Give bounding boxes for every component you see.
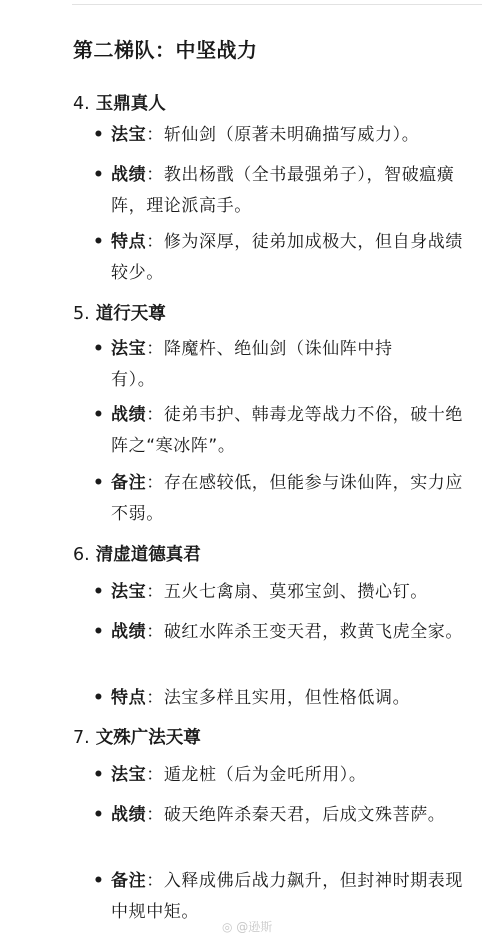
- bullet-icon: •: [93, 617, 104, 648]
- bullet-text: 存在感较低，但能参与诛仙阵，实力应不弱。: [111, 473, 463, 524]
- bullet-label: 战绩: [111, 622, 146, 642]
- bullet-icon: •: [93, 760, 104, 791]
- item-heading: 4.玉鼎真人: [73, 90, 166, 115]
- bullet-label: 战绩: [111, 165, 146, 185]
- bullet-label: 法宝: [111, 765, 146, 785]
- item-number: 7.: [73, 728, 90, 748]
- bullet-label: 战绩: [111, 405, 146, 425]
- bullet-separator: ：: [146, 805, 164, 825]
- item-heading: 5.道行天尊: [73, 300, 166, 325]
- bullet-label: 特点: [111, 688, 146, 708]
- item-number: 4.: [73, 94, 90, 114]
- item-name: 文殊广法天尊: [96, 728, 201, 748]
- bullet-label: 特点: [111, 232, 146, 252]
- bullet-icon: •: [93, 800, 104, 831]
- section-title: 第二梯队：中坚战力: [73, 34, 258, 63]
- bullet-text: 入释成佛后战力飙升，但封神时期表现中规中矩。: [111, 871, 463, 922]
- bullet-text: 破天绝阵杀秦天君，后成文殊菩萨。: [164, 805, 446, 825]
- bullet-label: 法宝: [111, 582, 146, 602]
- bullet-separator: ：: [146, 871, 164, 891]
- bullet-text: 破红水阵杀王变天君，救黄飞虎全家。: [164, 622, 463, 642]
- bullet-separator: ：: [146, 688, 164, 708]
- bullet-label: 备注: [111, 871, 146, 891]
- bullet-icon: •: [93, 683, 104, 714]
- list-item: • 备注：入释成佛后战力飙升，但封神时期表现中规中矩。: [97, 866, 467, 928]
- bullet-separator: ：: [146, 125, 164, 145]
- bullet-separator: ：: [146, 405, 164, 425]
- item-heading: 6.清虚道德真君: [73, 541, 201, 566]
- item-number: 6.: [73, 545, 90, 565]
- weibo-logo-icon: ◎: [222, 920, 236, 934]
- bullet-icon: •: [93, 160, 104, 191]
- list-item: • 战绩：破红水阵杀王变天君，救黄飞虎全家。: [97, 617, 467, 648]
- item-name: 清虚道德真君: [96, 545, 201, 565]
- watermark-text: @逊斯: [236, 920, 272, 934]
- item-name: 道行天尊: [96, 304, 166, 324]
- bullet-label: 法宝: [111, 339, 146, 359]
- bullet-separator: ：: [146, 165, 164, 185]
- item-number: 5.: [73, 304, 90, 324]
- list-item: • 特点：修为深厚，徒弟加成极大，但自身战绩较少。: [97, 227, 467, 289]
- watermark: ◎ @逊斯: [222, 918, 272, 935]
- bullet-separator: ：: [146, 622, 164, 642]
- item-name: 玉鼎真人: [96, 94, 166, 114]
- bullet-text: 斩仙剑（原著未明确描写威力）。: [164, 125, 420, 145]
- bullet-icon: •: [93, 334, 104, 365]
- bullet-text: 五火七禽扇、莫邪宝剑、攒心钉。: [164, 582, 428, 602]
- list-item: • 法宝：斩仙剑（原著未明确描写威力）。: [97, 120, 467, 151]
- bullet-text: 徒弟韦护、韩毒龙等战力不俗，破十绝阵之“寒冰阵”。: [111, 405, 463, 456]
- list-item: • 特点：法宝多样且实用，但性格低调。: [97, 683, 467, 714]
- item-heading: 7.文殊广法天尊: [73, 724, 201, 749]
- bullet-icon: •: [93, 577, 104, 608]
- bullet-text: 修为深厚，徒弟加成极大，但自身战绩较少。: [111, 232, 463, 283]
- bullet-label: 战绩: [111, 805, 146, 825]
- bullet-separator: ：: [146, 765, 164, 785]
- bullet-separator: ：: [146, 339, 164, 359]
- bullet-text: 法宝多样且实用，但性格低调。: [164, 688, 410, 708]
- bullet-icon: •: [93, 866, 104, 897]
- list-item: • 法宝：五火七禽扇、莫邪宝剑、攒心钉。: [97, 577, 467, 608]
- bullet-text: 遁龙桩（后为金吒所用）。: [164, 765, 367, 785]
- bullet-label: 备注: [111, 473, 146, 493]
- list-item: • 法宝：降魔杵、绝仙剑（诛仙阵中持有）。: [97, 334, 467, 396]
- bullet-label: 法宝: [111, 125, 146, 145]
- list-item: • 备注：存在感较低，但能参与诛仙阵，实力应不弱。: [97, 468, 467, 530]
- list-item: • 法宝：遁龙桩（后为金吒所用）。: [97, 760, 467, 791]
- bullet-icon: •: [93, 400, 104, 431]
- bullet-icon: •: [93, 120, 104, 151]
- bullet-icon: •: [93, 227, 104, 258]
- list-item: • 战绩：教出杨戬（全书最强弟子），智破瘟癀阵，理论派高手。: [97, 160, 467, 222]
- list-item: • 战绩：破天绝阵杀秦天君，后成文殊菩萨。: [97, 800, 467, 831]
- bullet-separator: ：: [146, 473, 164, 493]
- bullet-separator: ：: [146, 232, 164, 252]
- list-item: • 战绩：徒弟韦护、韩毒龙等战力不俗，破十绝阵之“寒冰阵”。: [97, 400, 467, 462]
- top-divider: [72, 4, 482, 5]
- bullet-separator: ：: [146, 582, 164, 602]
- bullet-icon: •: [93, 468, 104, 499]
